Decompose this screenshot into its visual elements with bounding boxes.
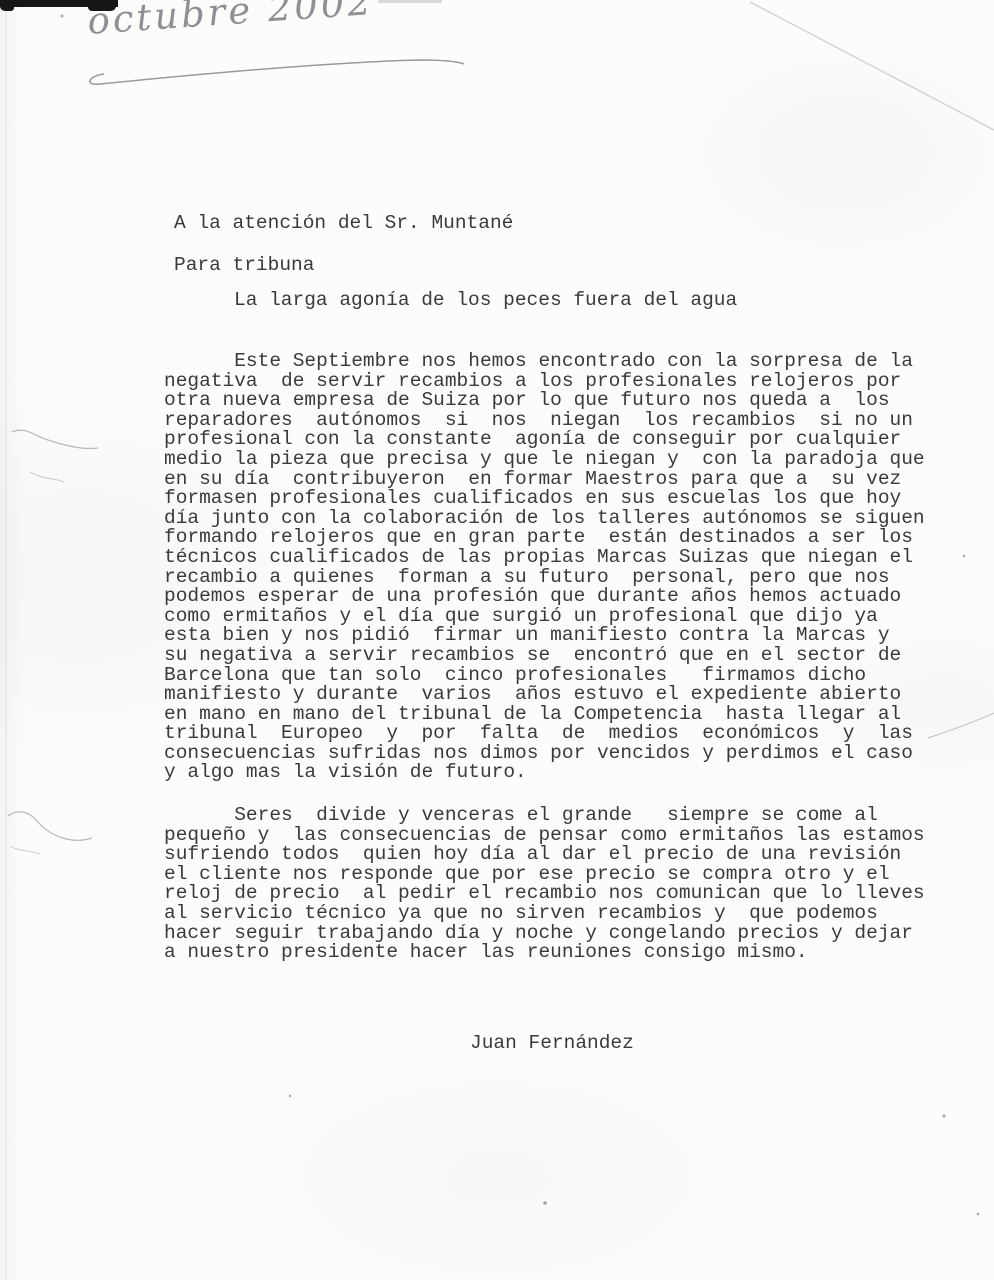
typed-line: medio la pieza que precisa y que le nieg…	[164, 450, 925, 470]
typed-line: Este Septiembre nos hemos encontrado con…	[164, 352, 925, 372]
paper-tear-mark-lower2	[10, 846, 40, 854]
typed-line: podemos esperar de una profesión que dur…	[164, 587, 925, 607]
typed-line: su negativa a servir recambios se encont…	[164, 646, 925, 666]
letter-paragraph-1: Este Septiembre nos hemos encontrado con…	[164, 352, 925, 783]
typed-line: Seres divide y venceras el grande siempr…	[164, 806, 925, 826]
typed-line: formasen profesionales cualificados en s…	[164, 489, 925, 509]
typed-line: al servicio técnico ya que no sirven rec…	[164, 904, 925, 924]
audience-line: Para tribuna	[174, 256, 314, 276]
typed-line: sufriendo todos quien hoy día al dar el …	[164, 845, 925, 865]
typed-line: manifiesto y durante varios años estuvo …	[164, 685, 925, 705]
recipient-line: A la atención del Sr. Muntané	[174, 214, 513, 234]
paper-tear-mark-lower	[8, 812, 92, 841]
fold-crease-top-right	[750, 2, 994, 130]
typed-line: técnicos cualificados de las propias Mar…	[164, 548, 925, 568]
typed-line: otra nueva empresa de Suiza por lo que f…	[164, 391, 925, 411]
scan-edge-smudge	[378, 0, 442, 3]
paper-tear-mark-upper2	[30, 472, 64, 482]
typed-line: tribunal Europeo y por falta de medios e…	[164, 724, 925, 744]
typed-line: esta bien y nos pidió firmar un manifies…	[164, 626, 925, 646]
typed-line: a nuestro presidente hacer las reuniones…	[164, 943, 925, 963]
typed-line: y algo mas la visión de futuro.	[164, 763, 925, 783]
handwritten-date: octubre 2002	[86, 0, 375, 43]
date-underline-flourish	[90, 60, 464, 84]
scanned-letter-page: octubre 2002 A la atención del Sr. Munta…	[0, 0, 994, 1280]
fold-crease-right	[928, 713, 994, 738]
paper-tear-mark-upper	[12, 430, 98, 448]
letter-title: La larga agonía de los peces fuera del a…	[234, 291, 737, 311]
signature-name: Juan Fernández	[470, 1034, 634, 1054]
typed-line: formando relojeros que en gran parte est…	[164, 528, 925, 548]
letter-paragraph-2: Seres divide y venceras el grande siempr…	[164, 806, 925, 963]
